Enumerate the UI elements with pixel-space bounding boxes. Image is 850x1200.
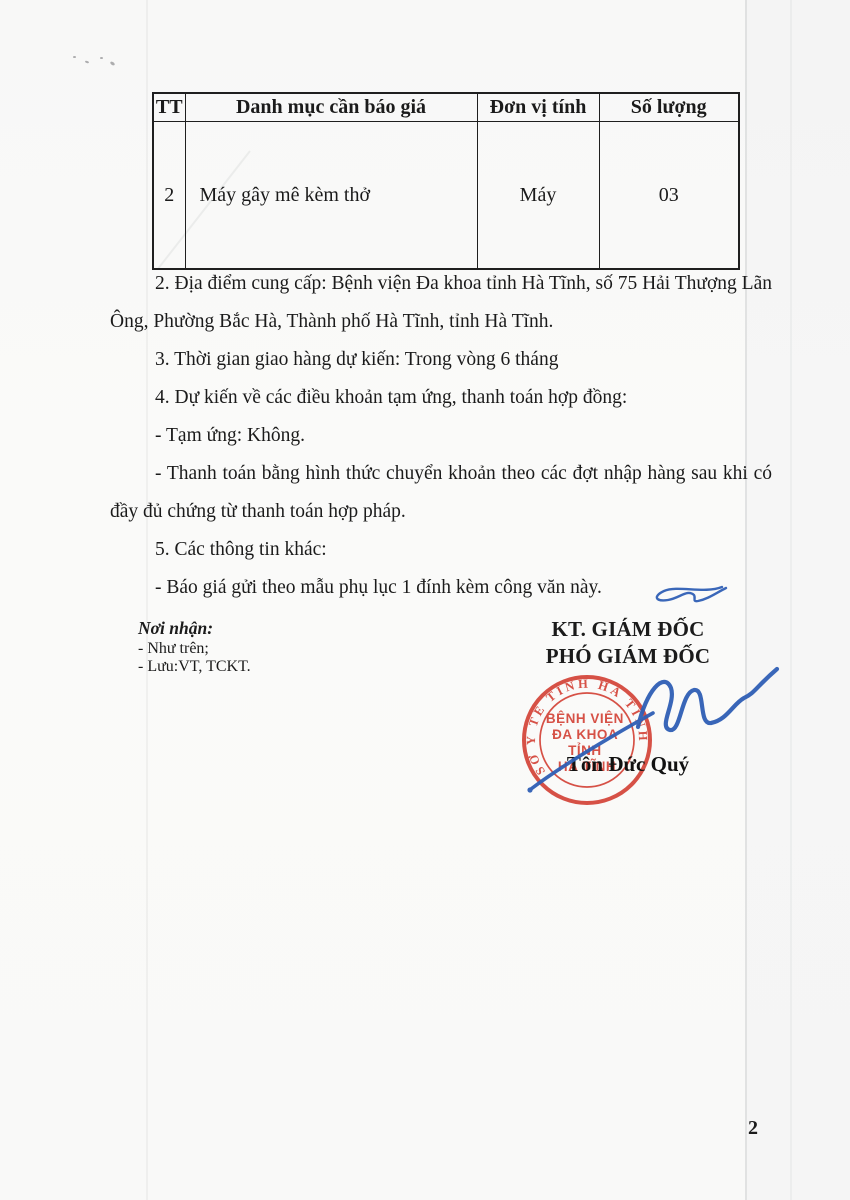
quote-items-table: TT Danh mục cần báo giá Đơn vị tính Số l… xyxy=(152,92,740,270)
paragraph-payment-terms-head: 4. Dự kiến về các điều khoản tạm ứng, th… xyxy=(110,379,772,417)
scan-speck xyxy=(85,60,89,63)
cell-item-name: Máy gây mê kèm thở xyxy=(185,122,477,270)
recipients-block: Nơi nhận: - Như trên; - Lưu:VT, TCKT. xyxy=(138,619,251,677)
scanned-document-page: TT Danh mục cần báo giá Đơn vị tính Số l… xyxy=(0,0,850,1200)
paragraph-delivery-time: 3. Thời gian giao hàng dự kiến: Trong vò… xyxy=(110,341,772,379)
cell-qty: 03 xyxy=(599,122,739,270)
paragraph-payment-method: - Thanh toán bằng hình thức chuyển khoản… xyxy=(110,455,772,531)
recipient-line: - Lưu:VT, TCKT. xyxy=(138,658,251,677)
col-header-tt: TT xyxy=(153,93,185,122)
table-header-row: TT Danh mục cần báo giá Đơn vị tính Số l… xyxy=(153,93,739,122)
page-number: 2 xyxy=(748,1117,778,1140)
cell-tt: 2 xyxy=(153,122,185,270)
handwritten-signature xyxy=(490,555,810,815)
col-header-qty: Số lượng xyxy=(599,93,739,122)
cell-unit: Máy xyxy=(477,122,599,270)
scan-speck xyxy=(110,61,116,66)
signature-graphic xyxy=(490,555,810,815)
scan-speck xyxy=(100,57,103,59)
recipients-title: Nơi nhận: xyxy=(138,619,251,638)
col-header-item: Danh mục cần báo giá xyxy=(185,93,477,122)
table-row: 2 Máy gây mê kèm thở Máy 03 xyxy=(153,122,739,270)
scan-speck xyxy=(73,56,76,58)
recipient-line: - Như trên; xyxy=(138,640,251,659)
paragraph-location: 2. Địa điểm cung cấp: Bệnh viện Đa khoa … xyxy=(110,265,772,341)
paragraph-advance: - Tạm ứng: Không. xyxy=(110,417,772,455)
col-header-unit: Đơn vị tính xyxy=(477,93,599,122)
